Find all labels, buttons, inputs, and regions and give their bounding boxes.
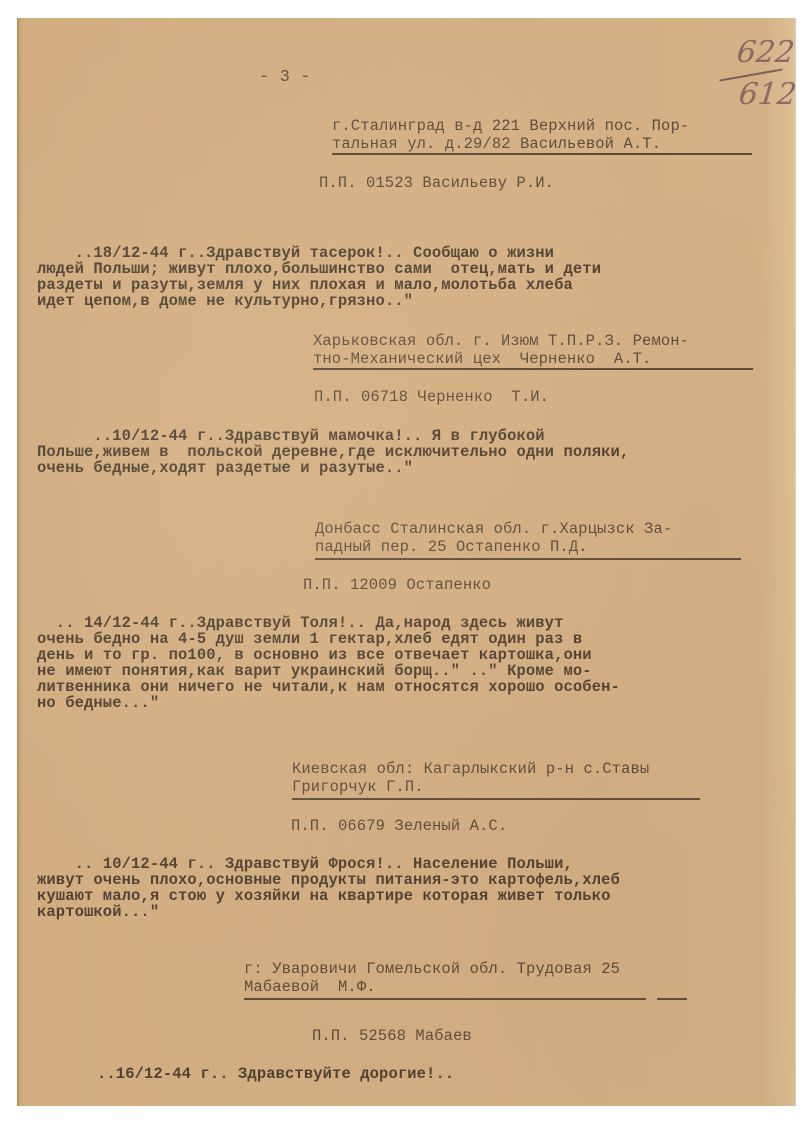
- sender-field-post: П.П. 01523 Васильеву Р.И.: [319, 175, 554, 191]
- address-underline: [244, 998, 646, 1000]
- letter-excerpt-line: .. 14/12-44 г..Здравствуй Толя!.. Да,нар…: [37, 615, 563, 631]
- letter-excerpt-line: литвенника они ничего не читали,к нам от…: [37, 679, 620, 695]
- recipient-address-line: Харьковская обл. г. Изюм Т.П.Р.З. Ремон-: [313, 333, 689, 349]
- letter-excerpt-line: не имеют понятия,как варит украинский бо…: [37, 663, 592, 679]
- letter-excerpt-line: картошкой...": [37, 904, 159, 920]
- letter-excerpt-line: ..10/12-44 г..Здравствуй мамочка!.. Я в …: [37, 428, 545, 444]
- address-underline: [292, 798, 700, 800]
- letter-excerpt-line: но бедные...": [37, 695, 159, 711]
- letter-excerpt-line: идет цепом,в доме не культурно,грязно..": [37, 293, 413, 309]
- letter-excerpt-line: ..16/12-44 г.. Здравствуйте дорогие!..: [97, 1066, 454, 1082]
- recipient-address-line: падный пер. 25 Остапенко П.Д.: [315, 539, 588, 555]
- typewritten-document-page: - 3 - 622 612 г.Сталинград в-д 221 Верхн…: [17, 18, 796, 1106]
- sender-field-post: П.П. 52568 Мабаев: [312, 1028, 472, 1044]
- recipient-address-line: Киевская обл: Кагарлыкский р-н с.Ставы: [292, 761, 649, 777]
- address-underline: [315, 558, 741, 560]
- archive-mark-bottom: 612: [737, 80, 800, 110]
- address-underline-tail: [657, 998, 687, 1000]
- recipient-address-line: тальная ул. д.29/82 Васильевой А.Т.: [332, 136, 752, 155]
- letter-excerpt-line: раздеты и разуты,земля у них плохая и ма…: [37, 277, 573, 293]
- recipient-address-line: г: Уваровичи Гомельской обл. Трудовая 25: [244, 961, 620, 977]
- letter-excerpt-line: кушают мало,я стою у хозяйки на квартире…: [37, 888, 611, 904]
- archive-mark-top: 622: [735, 38, 798, 68]
- recipient-address-line: Донбасс Сталинская обл. г.Харцызск За-: [315, 521, 672, 537]
- letter-excerpt-line: Польше,живем в польской деревне,где искл…: [37, 444, 629, 460]
- letter-excerpt-line: очень бедные,ходят раздетые и разутые..": [37, 460, 413, 476]
- sender-field-post: П.П. 06718 Черненко Т.И.: [314, 389, 549, 405]
- page-number: - 3 -: [259, 70, 311, 86]
- recipient-address-line: г.Сталинград в-д 221 Верхний пос. Пор-: [332, 118, 689, 134]
- letter-excerpt-line: .. 10/12-44 г.. Здравствуй Фрося!.. Насе…: [37, 856, 573, 872]
- letter-excerpt-line: людей Польши; живут плохо,большинство са…: [37, 261, 601, 277]
- recipient-address-line: Мабаевой М.Ф.: [244, 979, 376, 995]
- letter-excerpt-line: ..18/12-44 г..Здравствуй тасерок!.. Сооб…: [37, 245, 554, 261]
- recipient-address-line: тно-Механический цех Черненко А.Т.: [313, 351, 753, 370]
- letter-excerpt-line: день и то гр. по100, в основно из все от…: [37, 647, 592, 663]
- letter-excerpt-line: очень бедно на 4-5 душ земли 1 гектар,хл…: [37, 631, 582, 647]
- sender-field-post: П.П. 12009 Остапенко: [303, 577, 491, 593]
- sender-field-post: П.П. 06679 Зеленый А.С.: [291, 818, 507, 834]
- letter-excerpt-line: живут очень плохо,основные продукты пита…: [37, 872, 620, 888]
- recipient-address-line: Григорчук Г.П.: [292, 779, 424, 795]
